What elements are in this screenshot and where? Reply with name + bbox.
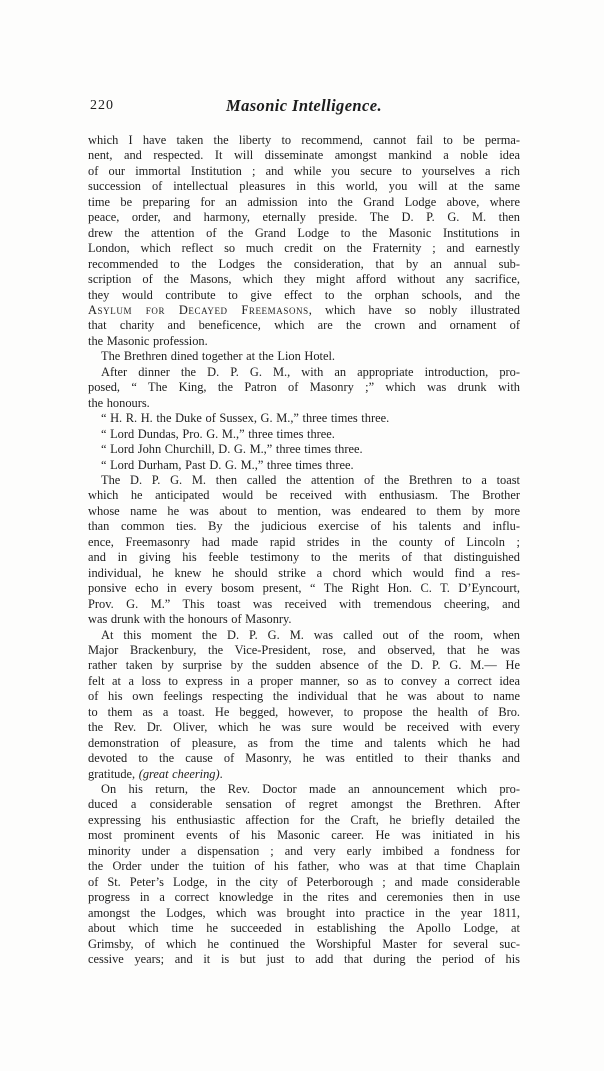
text-run: most prominent events of his Masonic car… [88, 828, 520, 842]
text-line: recommended to the Lodges the considerat… [88, 257, 520, 272]
text-run: ponsive echo in every bosom present, “ T… [88, 581, 520, 595]
text-run: London, which reflect so much credit on … [88, 241, 520, 255]
text-line: “ H. R. H. the Duke of Sussex, G. M.,” t… [88, 411, 520, 426]
text-line: “ Lord Dundas, Pro. G. M.,” three times … [88, 427, 520, 442]
text-line: felt at a loss to express in a proper ma… [88, 674, 520, 689]
text-run: which he anticipated would be received w… [88, 488, 520, 502]
text-run: . [220, 767, 223, 781]
text-line: was drunk with the honours of Masonry. [88, 612, 520, 627]
text-line: drew the attention of the Grand Lodge to… [88, 226, 520, 241]
text-line: succession of intellectual pleasures in … [88, 179, 520, 194]
text-line: of our immortal Institution ; and while … [88, 164, 520, 179]
page-body: which I have taken the liberty to recomm… [88, 133, 520, 967]
text-line: most prominent events of his Masonic car… [88, 828, 520, 843]
paragraph: After dinner the D. P. G. M., with an ap… [88, 365, 520, 411]
text-run: the honours. [88, 396, 150, 410]
text-line: “ Lord Durham, Past D. G. M.,” three tim… [88, 458, 520, 473]
text-run: peace, order, and harmony, eternally pre… [88, 210, 520, 224]
text-run: that charity and beneficence, which are … [88, 318, 520, 332]
text-line: expressing his enthusiastic affection fo… [88, 813, 520, 828]
text-run: than common ties. By the judicious exerc… [88, 519, 520, 533]
text-run: On his return, the Rev. Doctor made an a… [101, 782, 520, 796]
text-line: that charity and beneficence, which are … [88, 318, 520, 333]
text-line: London, which reflect so much credit on … [88, 241, 520, 256]
paragraph: “ Lord Durham, Past D. G. M.,” three tim… [88, 458, 520, 473]
text-run: duced a considerable sensation of regret… [88, 797, 520, 811]
text-run: the Masonic profession. [88, 334, 208, 348]
italic-text: (great cheering) [139, 767, 220, 781]
paragraph: which I have taken the liberty to recomm… [88, 133, 520, 349]
text-run: of his own feelings respecting the indiv… [88, 689, 520, 703]
text-line: Grimsby, of which he continued the Worsh… [88, 937, 520, 952]
text-run: whose name he was about to mention, was … [88, 504, 520, 518]
text-run: “ Lord John Churchill, D. G. M.,” three … [101, 442, 363, 456]
text-line: than common ties. By the judicious exerc… [88, 519, 520, 534]
text-line: duced a considerable sensation of regret… [88, 797, 520, 812]
text-run: felt at a loss to express in a proper ma… [88, 674, 520, 688]
text-run: was drunk with the honours of Masonry. [88, 612, 292, 626]
text-line: rather taken by surprise by the sudden a… [88, 658, 520, 673]
text-run: which I have taken the liberty to recomm… [88, 133, 520, 147]
text-line: nent, and respected. It will disseminate… [88, 148, 520, 163]
text-line: ponsive echo in every bosom present, “ T… [88, 581, 520, 596]
text-line: the Masonic profession. [88, 334, 520, 349]
text-line: “ Lord John Churchill, D. G. M.,” three … [88, 442, 520, 457]
text-run: Prov. G. M.” This toast was received wit… [88, 597, 520, 611]
page-header: 220 Masonic Intelligence. [88, 96, 520, 120]
text-line: to them as a toast. He begged, however, … [88, 705, 520, 720]
text-run: of our immortal Institution ; and while … [88, 164, 520, 178]
text-line: which he anticipated would be received w… [88, 488, 520, 503]
text-line: On his return, the Rev. Doctor made an a… [88, 782, 520, 797]
text-run: After dinner the D. P. G. M., with an ap… [101, 365, 520, 379]
text-run: individual, he knew he should strike a c… [88, 566, 520, 580]
text-line: about which time he succeeded in establi… [88, 921, 520, 936]
text-run: they would contribute to give effect to … [88, 288, 520, 302]
text-line: of his own feelings respecting the indiv… [88, 689, 520, 704]
text-line: Major Brackenbury, the Vice-President, r… [88, 643, 520, 658]
text-line: amongst the Lodges, which was brought in… [88, 906, 520, 921]
paragraph: The Brethren dined together at the Lion … [88, 349, 520, 364]
text-run: amongst the Lodges, which was brought in… [88, 906, 520, 920]
text-line: progress in a correct knowledge in the r… [88, 890, 520, 905]
text-line: minority under a dispensation ; and very… [88, 844, 520, 859]
text-run: about which time he succeeded in establi… [88, 921, 520, 935]
text-line: gratitude, (great cheering). [88, 767, 520, 782]
text-run: , which have so nobly illustrated [309, 303, 520, 317]
text-line: they would contribute to give effect to … [88, 288, 520, 303]
text-run: of St. Peter’s Lodge, in the city of Pet… [88, 875, 520, 889]
scanned-book-page: 220 Masonic Intelligence. which I have t… [0, 0, 604, 1071]
text-run: to them as a toast. He begged, however, … [88, 705, 520, 719]
text-run: “ Lord Dundas, Pro. G. M.,” three times … [101, 427, 335, 441]
paragraph: The D. P. G. M. then called the attentio… [88, 473, 520, 628]
text-run: Major Brackenbury, the Vice-President, r… [88, 643, 520, 657]
small-caps-text: Asylum for Decayed Freemasons [88, 303, 309, 317]
text-run: drew the attention of the Grand Lodge to… [88, 226, 520, 240]
text-line: The Brethren dined together at the Lion … [88, 349, 520, 364]
text-run: cessive years; and it is but just to add… [88, 952, 520, 966]
text-run: rather taken by surprise by the sudden a… [88, 658, 520, 672]
text-line: Asylum for Decayed Freemasons, which hav… [88, 303, 520, 318]
text-run: posed, “ The King, the Patron of Masonry… [88, 380, 520, 394]
text-line: devoted to the cause of Masonry, he was … [88, 751, 520, 766]
text-run: and in giving his feeble testimony to th… [88, 550, 520, 564]
text-line: the Rev. Dr. Oliver, which he was sure w… [88, 720, 520, 735]
text-line: Prov. G. M.” This toast was received wit… [88, 597, 520, 612]
text-line: The D. P. G. M. then called the attentio… [88, 473, 520, 488]
text-line: the honours. [88, 396, 520, 411]
text-run: minority under a dispensation ; and very… [88, 844, 520, 858]
text-run: devoted to the cause of Masonry, he was … [88, 751, 520, 765]
text-line: of St. Peter’s Lodge, in the city of Pet… [88, 875, 520, 890]
text-run: scription of the Masons, which they migh… [88, 272, 520, 286]
text-line: At this moment the D. P. G. M. was calle… [88, 628, 520, 643]
text-run: expressing his enthusiastic affection fo… [88, 813, 520, 827]
text-line: demonstration of pleasure, as from the t… [88, 736, 520, 751]
paragraph: “ Lord John Churchill, D. G. M.,” three … [88, 442, 520, 457]
text-run: nent, and respected. It will disseminate… [88, 148, 520, 162]
text-run: At this moment the D. P. G. M. was calle… [101, 628, 520, 642]
text-run: succession of intellectual pleasures in … [88, 179, 520, 193]
paragraph: “ Lord Dundas, Pro. G. M.,” three times … [88, 427, 520, 442]
text-run: recommended to the Lodges the considerat… [88, 257, 520, 271]
text-line: cessive years; and it is but just to add… [88, 952, 520, 967]
text-run: time be preparing for an admission into … [88, 195, 520, 209]
text-run: the Rev. Dr. Oliver, which he was sure w… [88, 720, 520, 734]
text-line: the Order under the tuition of his fathe… [88, 859, 520, 874]
text-run: the Order under the tuition of his fathe… [88, 859, 520, 873]
text-line: and in giving his feeble testimony to th… [88, 550, 520, 565]
text-line: time be preparing for an admission into … [88, 195, 520, 210]
text-run: Grimsby, of which he continued the Worsh… [88, 937, 520, 951]
text-run: “ H. R. H. the Duke of Sussex, G. M.,” t… [101, 411, 389, 425]
text-line: posed, “ The King, the Patron of Masonry… [88, 380, 520, 395]
paragraph: “ H. R. H. the Duke of Sussex, G. M.,” t… [88, 411, 520, 426]
running-title: Masonic Intelligence. [88, 96, 520, 116]
text-line: whose name he was about to mention, was … [88, 504, 520, 519]
paragraph: On his return, the Rev. Doctor made an a… [88, 782, 520, 967]
text-line: which I have taken the liberty to recomm… [88, 133, 520, 148]
text-line: ence, Freemasonry had made rapid strides… [88, 535, 520, 550]
text-run: The Brethren dined together at the Lion … [101, 349, 335, 363]
text-line: After dinner the D. P. G. M., with an ap… [88, 365, 520, 380]
text-run: The D. P. G. M. then called the attentio… [101, 473, 520, 487]
text-run: “ Lord Durham, Past D. G. M.,” three tim… [101, 458, 354, 472]
text-line: scription of the Masons, which they migh… [88, 272, 520, 287]
text-run: ence, Freemasonry had made rapid strides… [88, 535, 520, 549]
text-run: progress in a correct knowledge in the r… [88, 890, 520, 904]
text-line: individual, he knew he should strike a c… [88, 566, 520, 581]
text-run: gratitude, [88, 767, 139, 781]
text-line: peace, order, and harmony, eternally pre… [88, 210, 520, 225]
text-run: demonstration of pleasure, as from the t… [88, 736, 520, 750]
paragraph: At this moment the D. P. G. M. was calle… [88, 628, 520, 783]
